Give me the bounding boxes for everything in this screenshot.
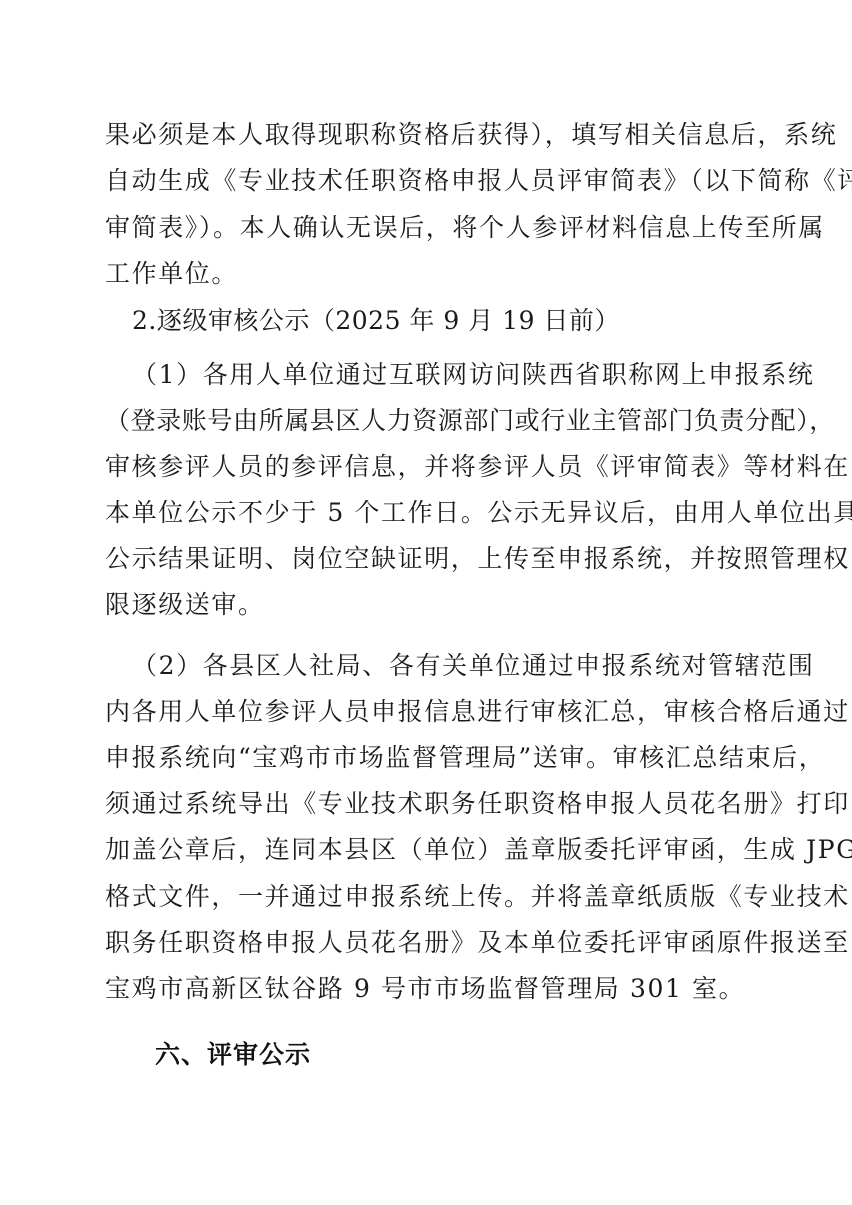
body-text-line: 宝鸡市高新区钛谷路 9 号市市场监督管理局 301 室。 [105,974,750,1004]
body-text-line: 果必须是本人取得现职称资格后获得），填写相关信息后，系统 [105,120,750,150]
subsection-title: 2.逐级审核公示（2025 年 9 月 19 日前） [132,306,750,336]
body-text-line: 审简表》）。本人确认无误后，将个人参评材料信息上传至所属 [105,213,750,243]
body-text-line: （1）各用人单位通过互联网访问陕西省职称网上申报系统 [132,360,750,390]
body-text-line: 公示结果证明、岗位空缺证明，上传至申报系统，并按照管理权 [105,544,750,574]
body-text-line: 本单位公示不少于 5 个工作日。公示无异议后，由用人单位出具 [105,498,750,528]
body-text-line: （登录账号由所属县区人力资源部门或行业主管部门负责分配）， [105,406,750,436]
body-text-line: 加盖公章后，连同本县区（单位）盖章版委托评审函，生成 JPG [105,835,750,865]
body-text-line: 审核参评人员的参评信息，并将参评人员《评审简表》等材料在 [105,452,750,482]
body-text-line: 须通过系统导出《专业技术职务任职资格申报人员花名册》打印 [105,789,750,819]
body-text-line: 内各用人单位参评人员申报信息进行审核汇总，审核合格后通过 [105,697,750,727]
body-text-line: 格式文件，一并通过申报系统上传。并将盖章纸质版《专业技术 [105,882,750,912]
body-text-line: （2）各县区人社局、各有关单位通过申报系统对管辖范围 [132,651,750,681]
body-text-line: 申报系统向“宝鸡市市场监督管理局”送审。审核汇总结束后， [105,743,750,773]
body-text-line: 限逐级送审。 [105,590,750,620]
body-text-line: 工作单位。 [105,259,750,289]
body-text-line: 自动生成《专业技术任职资格申报人员评审简表》（以下简称《评 [105,166,750,196]
section-heading: 六、评审公示 [155,1040,311,1070]
document-page: 果必须是本人取得现职称资格后获得），填写相关信息后，系统 自动生成《专业技术任职… [0,0,852,1205]
body-text-line: 职务任职资格申报人员花名册》及本单位委托评审函原件报送至 [105,928,750,958]
